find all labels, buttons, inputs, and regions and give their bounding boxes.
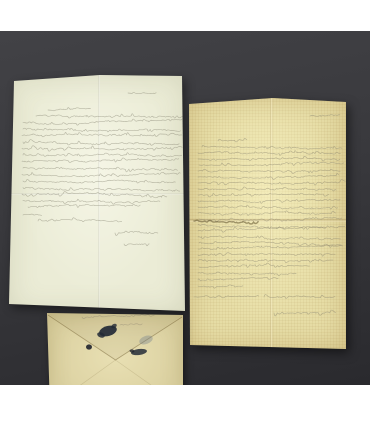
handwriting-line (274, 310, 336, 316)
handwriting-line (124, 244, 149, 246)
handwriting-line (23, 214, 42, 215)
handwriting-line (28, 204, 140, 207)
handwriting-line (198, 277, 278, 280)
handwriting-line (218, 138, 247, 142)
handwriting-line (194, 295, 259, 297)
handwriting-line (199, 263, 309, 268)
letter-right (186, 95, 348, 351)
letter-right-handwriting (186, 95, 348, 351)
handwriting-line (198, 253, 335, 257)
handwriting-line (198, 211, 336, 216)
handwriting-line (23, 167, 178, 172)
ink-blot (86, 344, 92, 349)
handwriting-line (198, 236, 340, 240)
handwriting-line (48, 108, 90, 111)
backdrop (0, 31, 370, 385)
handwriting-line (36, 114, 183, 118)
handwriting-line (128, 92, 156, 93)
handwriting-line (198, 193, 329, 197)
handwriting-line (23, 140, 179, 146)
handwriting-line (23, 187, 180, 191)
handwriting-line (202, 145, 342, 149)
envelope-flap (47, 313, 183, 360)
handwriting-line (23, 179, 175, 183)
handwriting-line (38, 218, 122, 222)
white-mat-bottom (0, 385, 370, 423)
photo-frame (0, 0, 370, 423)
handwriting-line (23, 119, 182, 125)
handwriting-line (199, 162, 344, 166)
letter-left (8, 74, 186, 314)
handwriting-line (198, 174, 339, 180)
handwriting-line (115, 231, 158, 235)
handwriting-line (23, 199, 160, 204)
handwriting-line (198, 151, 340, 156)
handwriting-line (22, 132, 182, 136)
handwriting-line (22, 158, 179, 162)
handwriting-line (198, 187, 336, 191)
handwriting-line (22, 146, 182, 151)
letter-left-wrapper (8, 74, 186, 314)
handwriting-line (199, 241, 341, 246)
letter-left-handwriting (8, 74, 186, 314)
handwriting-line (198, 272, 296, 276)
handwriting-line (198, 259, 333, 263)
handwriting-line (198, 244, 343, 250)
handwriting-line (198, 169, 340, 173)
white-mat-top (0, 0, 370, 31)
handwriting-line (23, 153, 182, 157)
handwriting-line (23, 128, 181, 132)
handwriting-line (22, 172, 180, 177)
handwriting-line (198, 205, 338, 209)
handwriting-line (199, 217, 342, 222)
handwriting-line (198, 199, 340, 203)
handwriting-line (198, 180, 346, 185)
handwriting-line (264, 295, 335, 299)
letter-right-wrapper (186, 95, 348, 351)
handwriting-line (198, 156, 340, 161)
handwriting-line (198, 285, 243, 288)
handwriting-line (22, 192, 167, 198)
handwriting-line (310, 115, 340, 117)
